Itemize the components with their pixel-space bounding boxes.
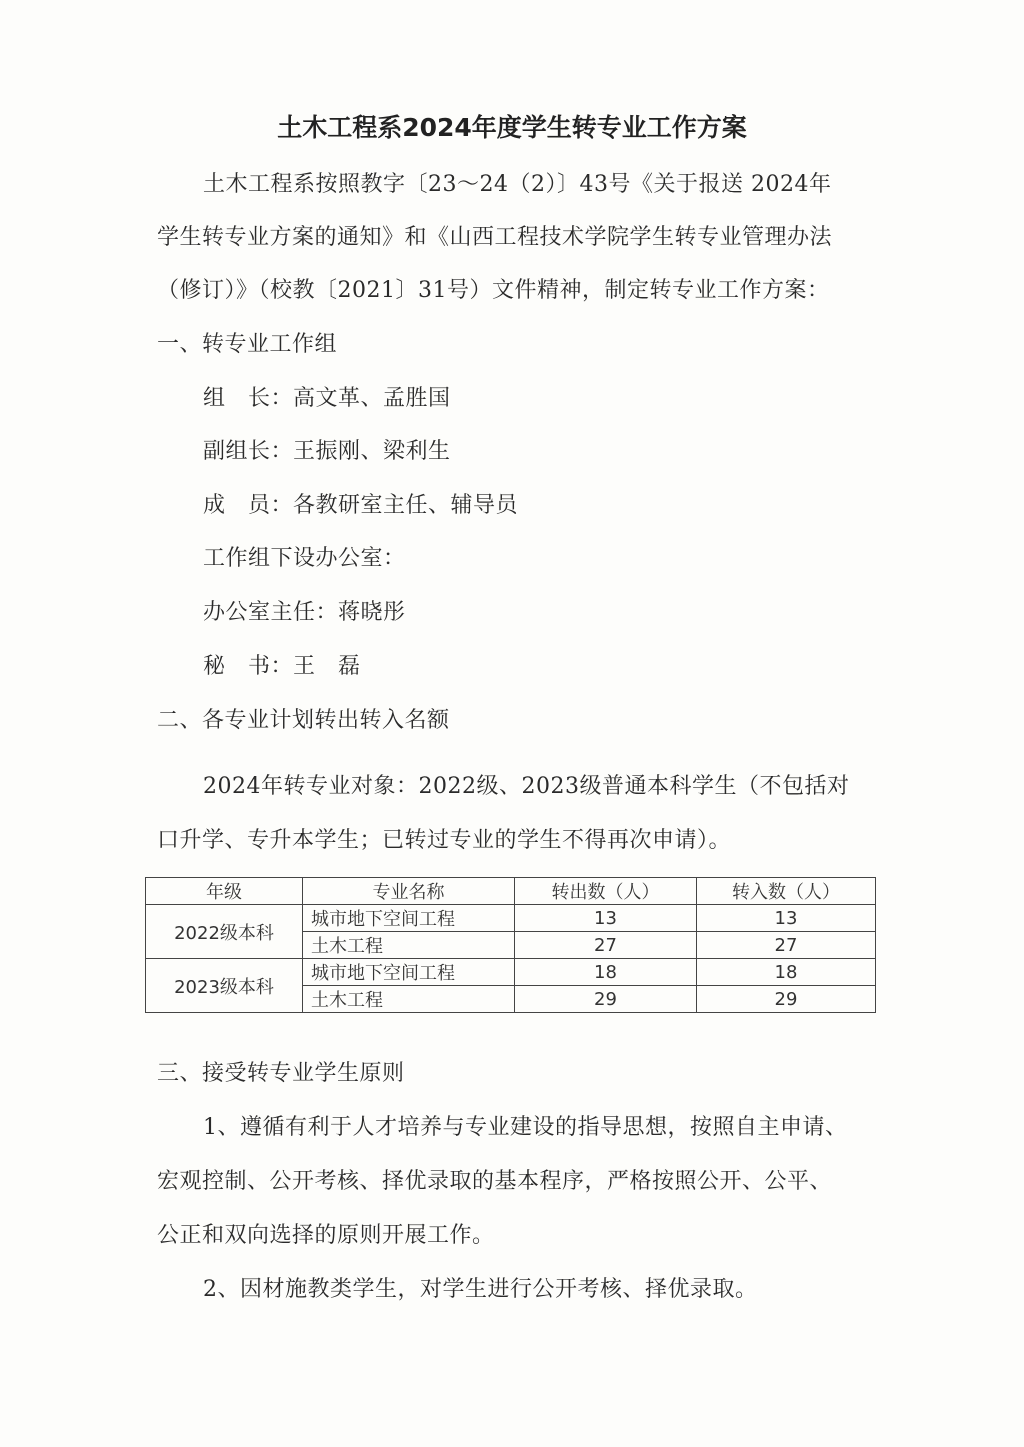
table-row: 2022级本科 城市地下空间工程 13 13: [146, 905, 876, 932]
major-cell: 土木工程: [303, 986, 515, 1013]
header-grade: 年级: [146, 878, 303, 905]
intro-line-1: 土木工程系按照教字〔23～24（2）〕43号《关于报送 2024年: [203, 167, 831, 198]
team-members: 成 员：各教研室主任、辅导员: [203, 488, 518, 519]
major-cell: 土木工程: [303, 932, 515, 959]
in-cell: 18: [697, 959, 876, 986]
in-cell: 13: [697, 905, 876, 932]
header-in: 转入数（人）: [697, 878, 876, 905]
in-cell: 27: [697, 932, 876, 959]
principle-1-line-2: 宏观控制、公开考核、择优录取的基本程序，严格按照公开、公平、: [157, 1164, 832, 1195]
principle-1-line-1: 1、遵循有利于人才培养与专业建设的指导思想，按照自主申请、: [203, 1110, 848, 1141]
header-out: 转出数（人）: [515, 878, 697, 905]
major-cell: 城市地下空间工程: [303, 905, 515, 932]
out-cell: 29: [515, 986, 697, 1013]
team-office: 工作组下设办公室：: [203, 541, 406, 572]
section3-heading: 三、接受转专业学生原则: [157, 1056, 405, 1087]
quota-table: 年级 专业名称 转出数（人） 转入数（人） 2022级本科 城市地下空间工程 1…: [145, 877, 876, 1013]
team-deputy: 副组长：王振刚、梁利生: [203, 434, 451, 465]
table-row: 2023级本科 城市地下空间工程 18 18: [146, 959, 876, 986]
in-cell: 29: [697, 986, 876, 1013]
intro-line-2: 学生转专业方案的通知》和《山西工程技术学院学生转专业管理办法: [157, 220, 832, 251]
section1-heading: 一、转专业工作组: [157, 327, 337, 358]
section2-line-1: 2024年转专业对象：2022级、2023级普通本科学生（不包括对: [203, 769, 849, 800]
header-major: 专业名称: [303, 878, 515, 905]
principle-2: 2、因材施教类学生，对学生进行公开考核、择优录取。: [203, 1272, 758, 1303]
out-cell: 13: [515, 905, 697, 932]
section2-line-2: 口升学、专升本学生；已转过专业的学生不得再次申请）。: [157, 823, 731, 854]
major-cell: 城市地下空间工程: [303, 959, 515, 986]
document-title: 土木工程系2024年度学生转专业工作方案: [0, 108, 1024, 144]
grade-cell: 2023级本科: [146, 959, 303, 1013]
secretary: 秘 书：王 磊: [203, 649, 361, 680]
out-cell: 27: [515, 932, 697, 959]
team-leader: 组 长：高文革、孟胜国: [203, 381, 451, 412]
grade-cell: 2022级本科: [146, 905, 303, 959]
section2-heading: 二、各专业计划转出转入名额: [157, 703, 450, 734]
principle-1-line-3: 公正和双向选择的原则开展工作。: [157, 1218, 495, 1249]
out-cell: 18: [515, 959, 697, 986]
table-header-row: 年级 专业名称 转出数（人） 转入数（人）: [146, 878, 876, 905]
intro-line-3: （修订）》（校教〔2021〕31号）文件精神，制定转专业工作方案：: [157, 273, 830, 304]
office-director: 办公室主任：蒋晓彤: [203, 595, 406, 626]
